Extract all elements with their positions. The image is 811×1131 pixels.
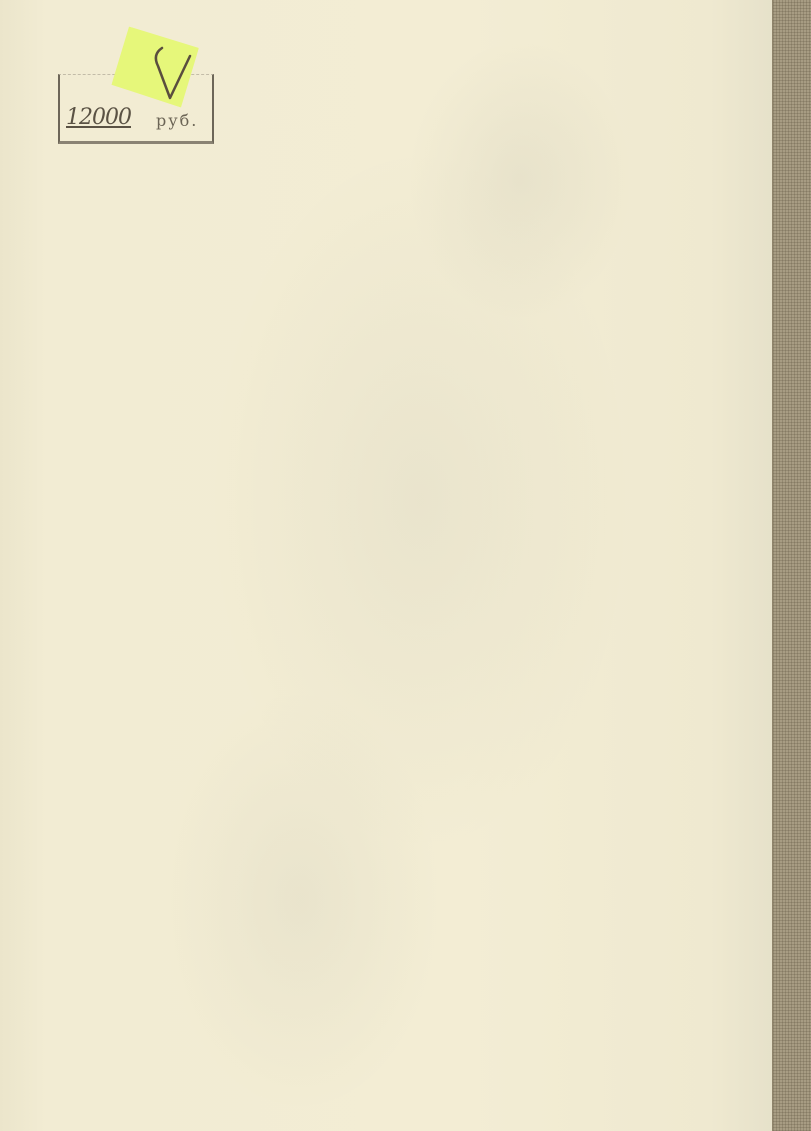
stamp-currency: руб. bbox=[156, 111, 198, 130]
stamp-price: 12000 bbox=[66, 105, 131, 130]
cover-page bbox=[0, 0, 772, 1131]
checkmark-icon bbox=[150, 44, 194, 104]
cloth-spine bbox=[772, 0, 811, 1131]
